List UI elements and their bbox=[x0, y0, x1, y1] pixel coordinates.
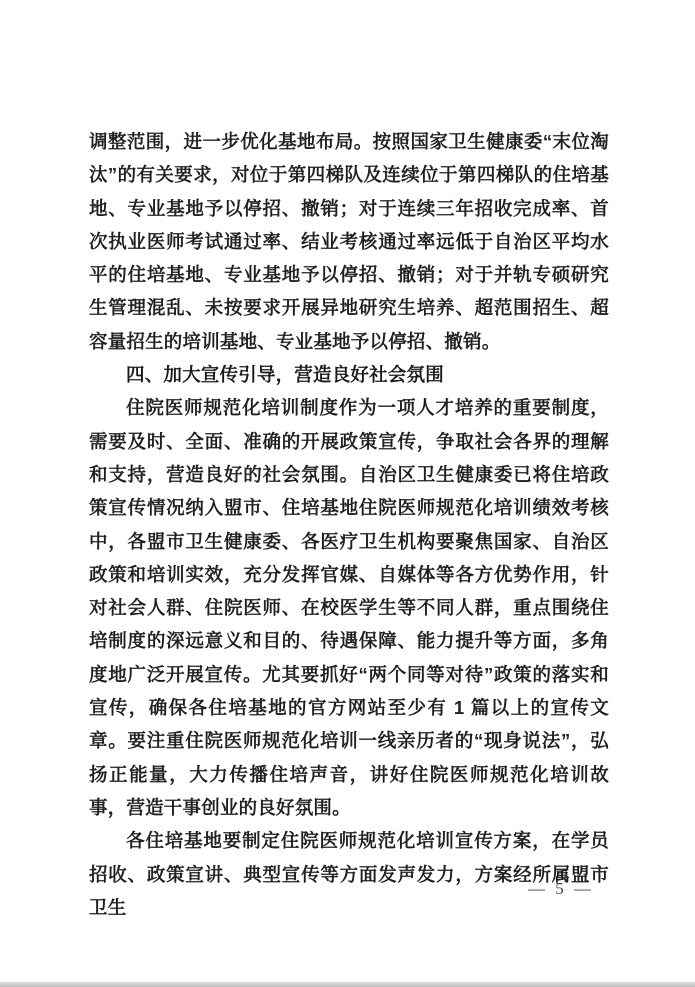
page-footer: — 5 — bbox=[528, 879, 594, 899]
page-number: — 5 — bbox=[528, 879, 594, 898]
paragraph: 住院医师规范化培训制度作为一项人才培养的重要制度，需要及时、全面、准确的开展政策… bbox=[89, 391, 609, 824]
page-edge-shadow bbox=[0, 982, 695, 987]
paragraph-continuation: 调整范围，进一步优化基地布局。按照国家卫生健康委“末位淘汰”的有关要求，对位于第… bbox=[89, 125, 609, 358]
section-heading: 四、加大宣传引导，营造良好社会氛围 bbox=[89, 358, 609, 391]
document-body: 调整范围，进一步优化基地布局。按照国家卫生健康委“末位淘汰”的有关要求，对位于第… bbox=[89, 125, 609, 924]
paragraph: 各住培基地要制定住院医师规范化培训宣传方案，在学员招收、政策宣讲、典型宣传等方面… bbox=[89, 824, 609, 924]
document-page: 调整范围，进一步优化基地布局。按照国家卫生健康委“末位淘汰”的有关要求，对位于第… bbox=[0, 0, 695, 987]
